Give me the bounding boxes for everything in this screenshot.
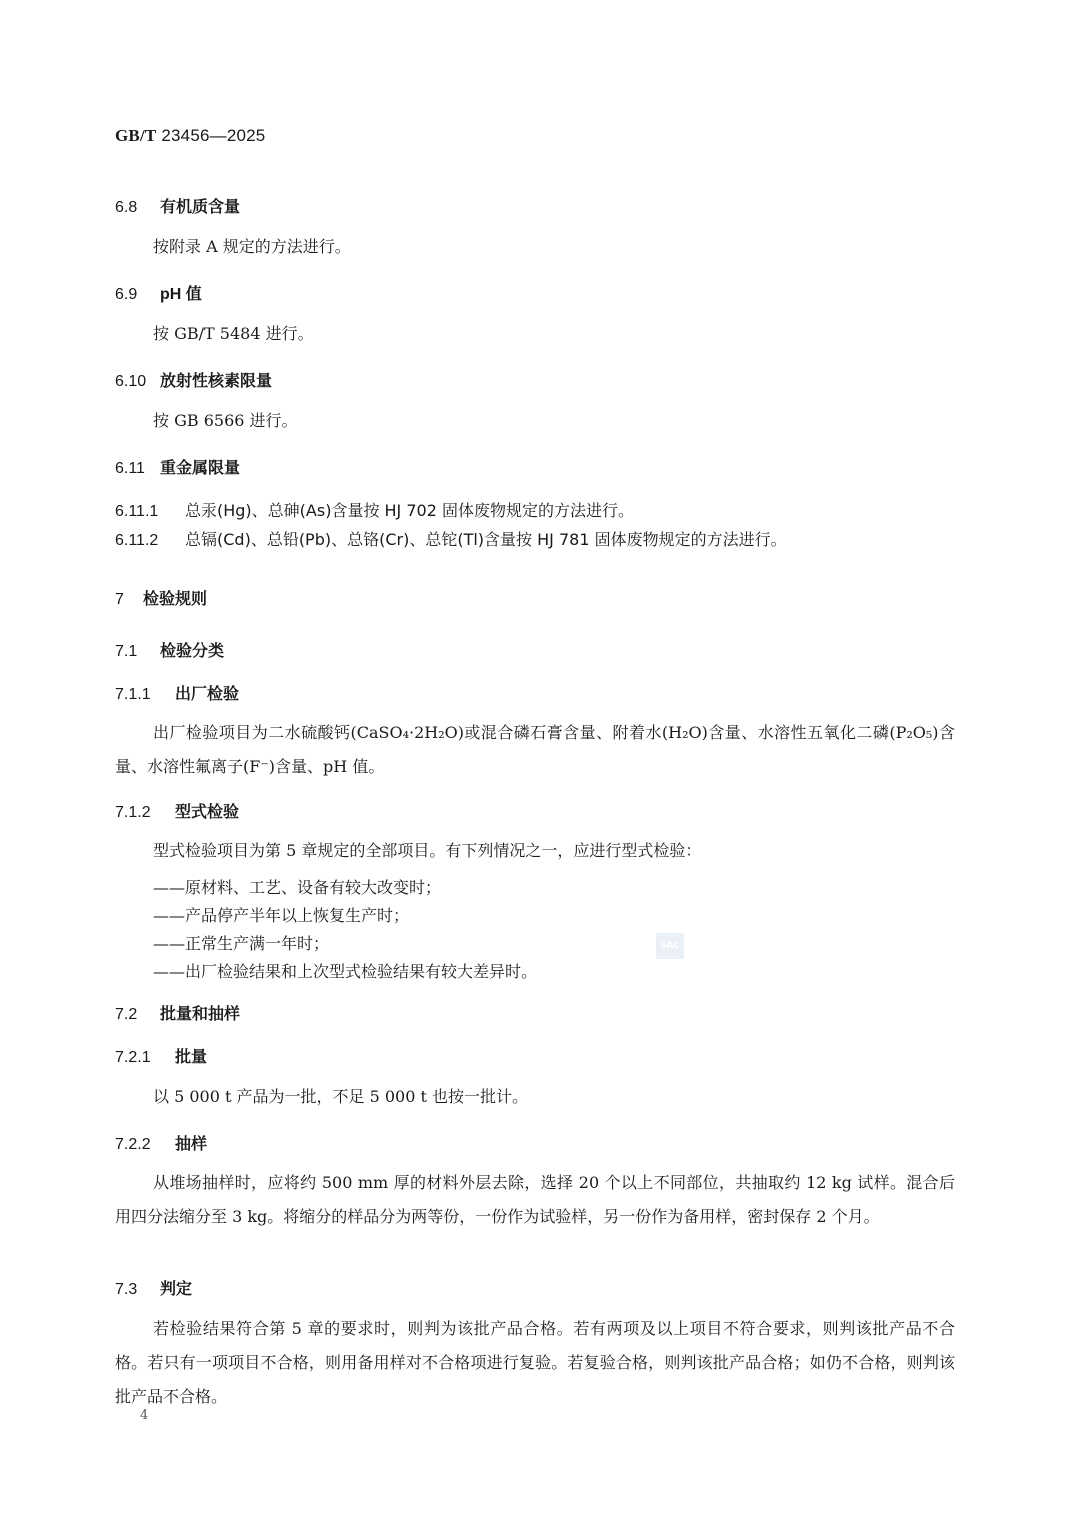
- section-heading-6-8: 6.8有机质含量: [115, 194, 240, 217]
- page-number: 4: [140, 1408, 148, 1423]
- standard-number: 23456—2025: [161, 126, 265, 145]
- section-body-7-1-2: 型式检验项目为第 5 章规定的全部项目。有下列情况之一，应进行型式检验：: [153, 834, 701, 868]
- section-heading-7-2-2: 7.2.2抽样: [115, 1131, 207, 1154]
- standard-code: GB/T 23456—2025: [115, 126, 265, 146]
- section-body-6-8: 按附录 A 规定的方法进行。: [153, 230, 351, 264]
- standard-prefix: GB/T: [115, 126, 156, 145]
- section-body-7-3: 若检验结果符合第 5 章的要求时，则判为该批产品合格。若有两项及以上项目不符合要…: [115, 1312, 955, 1414]
- section-body-6-10: 按 GB 6566 进行。: [153, 404, 298, 438]
- list-item: ——产品停产半年以上恢复生产时；: [153, 903, 409, 926]
- section-heading-7-3: 7.3判定: [115, 1276, 192, 1299]
- section-heading-6-10: 6.10放射性核素限量: [115, 368, 272, 391]
- section-heading-7-1: 7.1检验分类: [115, 638, 224, 661]
- list-item: ——出厂检验结果和上次型式检验结果有较大差异时。: [153, 959, 537, 982]
- section-body-6-9: 按 GB/T 5484 进行。: [153, 317, 314, 351]
- clause-6-11-2: 6.11.2总镉(Cd)、总铅(Pb)、总铬(Cr)、总铊(Tl)含量按 HJ …: [115, 527, 787, 550]
- section-heading-6-9: 6.9pH 值: [115, 281, 202, 304]
- chapter-heading-7: 7检验规则: [115, 586, 207, 609]
- section-body-7-2-2: 从堆场抽样时，应将约 500 mm 厚的材料外层去除，选择 20 个以上不同部位…: [115, 1166, 955, 1234]
- section-heading-7-1-1: 7.1.1出厂检验: [115, 681, 239, 704]
- clause-6-11-1: 6.11.1总汞(Hg)、总砷(As)含量按 HJ 702 固体废物规定的方法进…: [115, 498, 634, 521]
- list-item: ——原材料、工艺、设备有较大改变时；: [153, 875, 441, 898]
- section-heading-7-2: 7.2批量和抽样: [115, 1001, 240, 1024]
- watermark-logo: SAC: [656, 933, 684, 959]
- list-item: ——正常生产满一年时；: [153, 931, 329, 954]
- section-body-7-1-1: 出厂检验项目为二水硫酸钙(CaSO₄·2H₂O)或混合磷石膏含量、附着水(H₂O…: [115, 716, 955, 784]
- section-body-7-2-1: 以 5 000 t 产品为一批，不足 5 000 t 也按一批计。: [153, 1080, 528, 1114]
- section-heading-7-1-2: 7.1.2型式检验: [115, 799, 239, 822]
- section-heading-7-2-1: 7.2.1批量: [115, 1044, 207, 1067]
- document-page: GB/T 23456—2025 6.8有机质含量 按附录 A 规定的方法进行。 …: [0, 0, 1080, 1527]
- section-heading-6-11: 6.11重金属限量: [115, 455, 240, 478]
